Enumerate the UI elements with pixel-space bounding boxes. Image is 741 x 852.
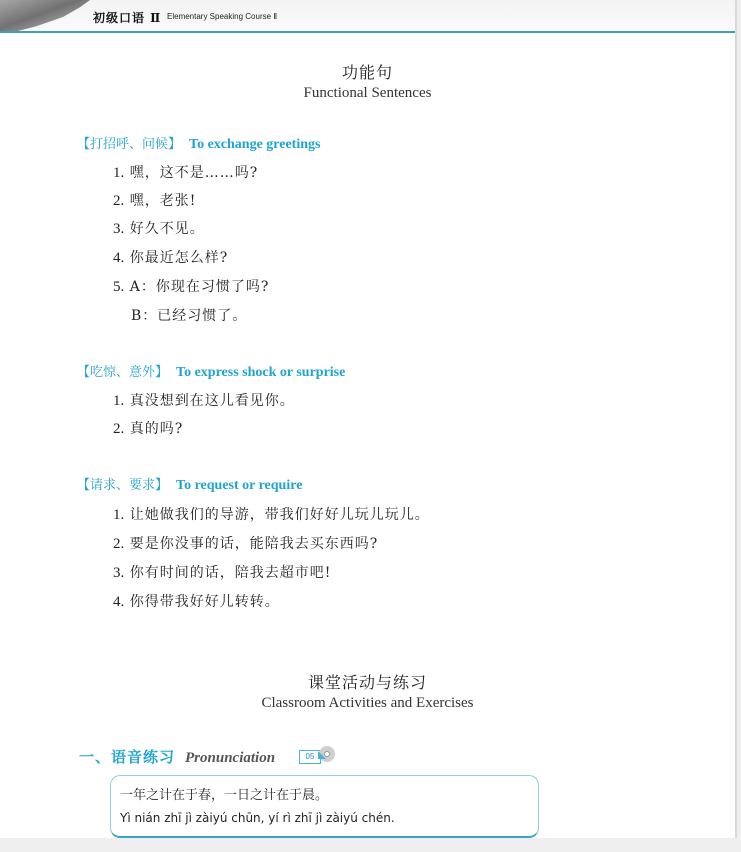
section-title-cn: 功能句	[0, 60, 735, 83]
category-heading-request: 【请求、要求】To request or require	[77, 474, 302, 494]
sentence-item: 3. 你有时间的话，陪我去超市吧!	[113, 562, 331, 582]
section-title-en: Classroom Activities and Exercises	[0, 695, 735, 712]
category-heading-surprise: 【吃惊、意外】To express shock or surprise	[77, 361, 345, 381]
exercise-line-chinese: 一年之计在于春，一日之计在于晨。	[120, 784, 328, 803]
cd-wedge-decoration-icon	[318, 751, 326, 759]
document-page: 初级口语 Ⅱ Elementary Speaking Course Ⅱ 功能句 …	[0, 0, 737, 838]
sentence-item: 5. A：你现在习惯了吗?	[113, 276, 269, 296]
sentence-item: 2. 真的吗?	[113, 418, 183, 438]
sentence-item: 1. 嘿，这不是……吗?	[113, 162, 258, 182]
book-title-cn: 初级口语 Ⅱ	[93, 9, 161, 26]
sentence-item: 2. 要是你没事的话，能陪我去买东西吗?	[113, 533, 378, 553]
sentence-item: 2. 嘿，老张!	[113, 190, 196, 210]
sentence-item: 1. 真没想到在这儿看见你。	[113, 390, 295, 410]
functional-sentences-title: 功能句 Functional Sentences	[0, 60, 735, 102]
category-heading-greetings: 【打招呼、问候】To exchange greetings	[77, 133, 320, 153]
sentence-item: 4. 你得带我好好儿转转。	[113, 591, 280, 611]
exercise-heading-pronunciation: 一、语音练习Pronunciation	[79, 746, 275, 767]
temple-roof-decoration-icon	[0, 0, 90, 31]
sentence-item: 3. 好久不见。	[113, 218, 205, 238]
section-title-cn: 课堂活动与练习	[0, 670, 735, 693]
activities-title: 课堂活动与练习 Classroom Activities and Exercis…	[0, 670, 735, 712]
pronunciation-exercise-box: 一年之计在于春，一日之计在于晨。 Yì nián zhī jì zàiyú ch…	[110, 775, 539, 838]
section-title-en: Functional Sentences	[0, 85, 735, 102]
sentence-item: 4. 你最近怎么样?	[113, 247, 228, 267]
sentence-item: B：已经习惯了。	[131, 305, 247, 325]
page-header: 初级口语 Ⅱ Elementary Speaking Course Ⅱ	[0, 0, 735, 33]
sentence-item: 1. 让她做我们的导游，带我们好好儿玩儿玩儿。	[113, 504, 430, 524]
book-title-en: Elementary Speaking Course Ⅱ	[167, 12, 277, 21]
exercise-line-pinyin: Yì nián zhī jì zàiyú chūn, yí rì zhī jì …	[120, 811, 395, 825]
